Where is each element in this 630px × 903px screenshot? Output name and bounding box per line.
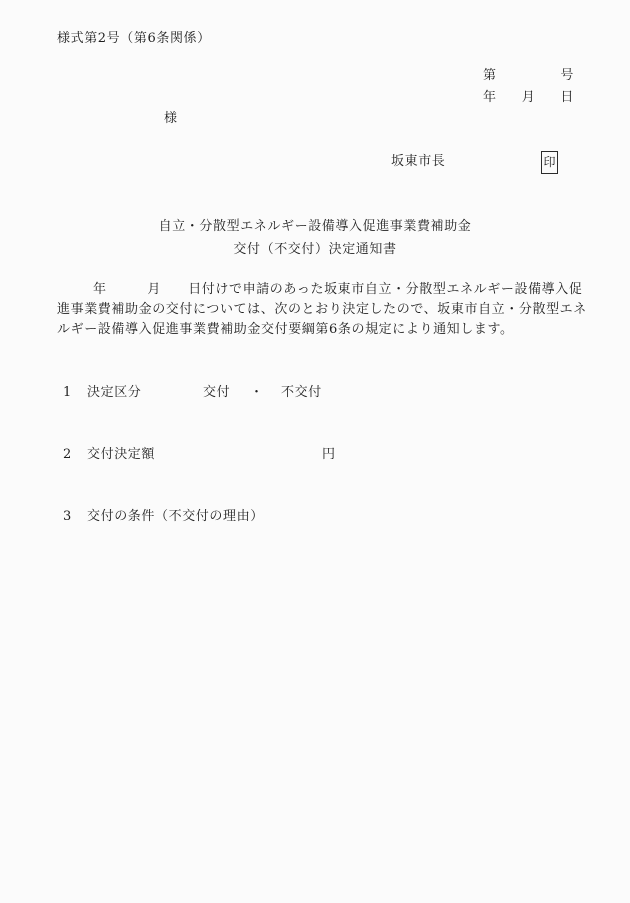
document-title-line-2: 交付（不交付）決定通知書 xyxy=(0,243,630,258)
item-label: 決定区分 xyxy=(87,386,141,401)
body-paragraph-line-1: 年 月 日付けで申請のあった坂東市自立・分散型エネルギー設備導入促 xyxy=(57,283,582,298)
issuer-name: 坂東市長 xyxy=(391,155,445,170)
item-label: 交付の条件（不交付の理由） xyxy=(87,510,264,525)
date-day-label: 日 xyxy=(560,91,574,106)
item-number: 3 xyxy=(63,510,72,525)
document-title-line-1: 自立・分散型エネルギー設備導入促進事業費補助金 xyxy=(0,220,630,235)
item-label: 交付決定額 xyxy=(87,448,155,463)
item-value-separator: ・ xyxy=(250,386,264,401)
seal-label: 印 xyxy=(543,156,555,170)
date-month-label: 月 xyxy=(522,91,536,106)
addressee-honorific: 様 xyxy=(164,112,178,127)
doc-number-prefix: 第 xyxy=(483,69,497,84)
date-year-label: 年 xyxy=(483,91,497,106)
item-value-option-no-grant: 不交付 xyxy=(281,386,322,401)
body-paragraph-line-3: ルギー設備導入促進事業費補助金交付要綱第6条の規定により通知します。 xyxy=(57,323,514,338)
document-page: 様式第2号（第6条関係） 第 号 年 月 日 様 坂東市長 印 自立・分散型エネ… xyxy=(0,0,630,903)
body-paragraph-line-2: 進事業費補助金の交付については、次のとおり決定したので、坂東市自立・分散型エネ xyxy=(57,303,587,318)
date-line: 年 月 日 xyxy=(483,91,574,106)
item-number: 1 xyxy=(63,386,72,401)
seal-box: 印 xyxy=(541,151,558,174)
item-value-unit: 円 xyxy=(322,448,336,463)
doc-number-line: 第 号 xyxy=(483,69,574,84)
form-number: 様式第2号（第6条関係） xyxy=(57,32,211,47)
item-value-option-grant: 交付 xyxy=(203,386,230,401)
doc-number-suffix: 号 xyxy=(560,69,574,84)
item-number: 2 xyxy=(63,448,72,463)
